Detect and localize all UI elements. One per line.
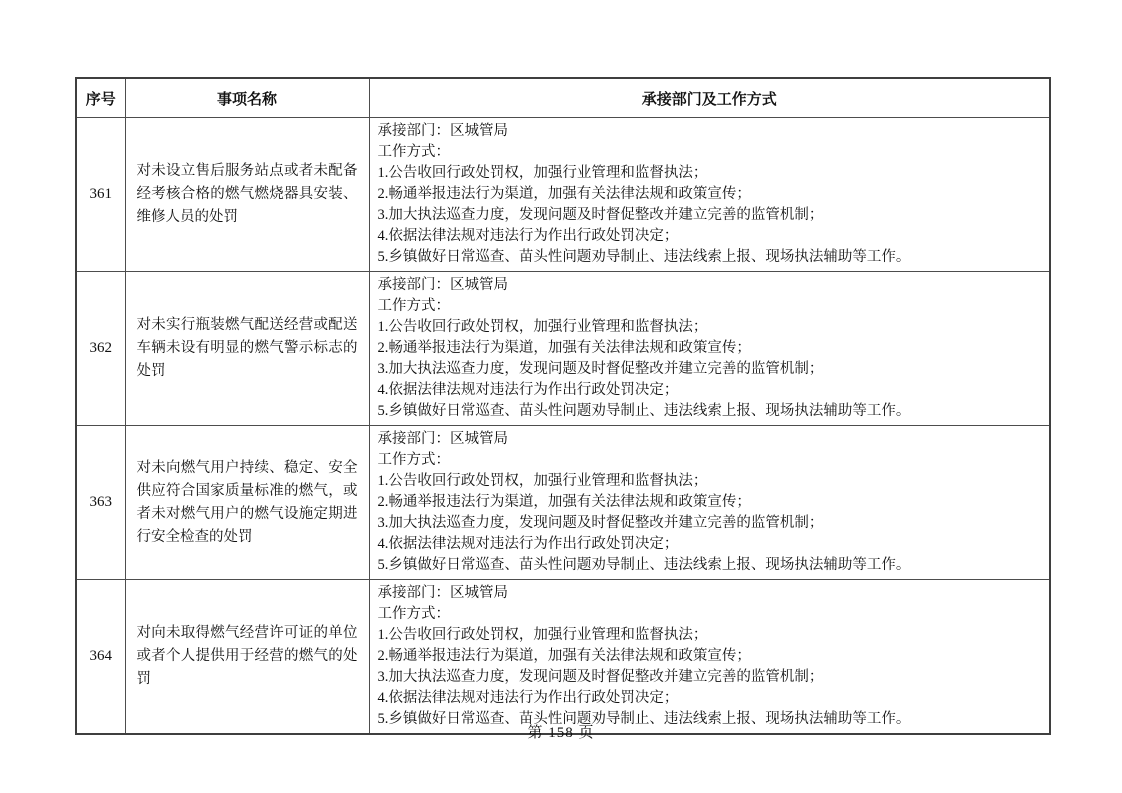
method-item: 3.加大执法巡查力度，发现问题及时督促整改并建立完善的监管机制；: [378, 205, 1042, 226]
method-item: 2.畅通举报违法行为渠道，加强有关法律法规和政策宣传；: [378, 646, 1042, 667]
department-line: 承接部门：区城管局: [378, 121, 1042, 142]
method-item: 1.公告收回行政处罚权，加强行业管理和监督执法；: [378, 625, 1042, 646]
document-page: 序号 事项名称 承接部门及工作方式 361 对未设立售后服务站点或者未配备经考核…: [0, 0, 1122, 793]
page-number: 第 158 页: [0, 721, 1122, 742]
method-item: 5.乡镇做好日常巡查、苗头性问题劝导制止、违法线索上报、现场执法辅助等工作。: [378, 555, 1042, 576]
table-row: 364 对向未取得燃气经营许可证的单位或者个人提供用于经营的燃气的处罚 承接部门…: [76, 580, 1050, 735]
serial-number: 361: [76, 118, 125, 272]
method-item: 5.乡镇做好日常巡查、苗头性问题劝导制止、违法线索上报、现场执法辅助等工作。: [378, 401, 1042, 422]
table-row: 361 对未设立售后服务站点或者未配备经考核合格的燃气燃烧器具安装、维修人员的处…: [76, 118, 1050, 272]
method-item: 4.依据法律法规对违法行为作出行政处罚决定；: [378, 380, 1042, 401]
method-label-line: 工作方式：: [378, 296, 1042, 317]
items-table: 序号 事项名称 承接部门及工作方式 361 对未设立售后服务站点或者未配备经考核…: [75, 77, 1051, 735]
method-item: 4.依据法律法规对违法行为作出行政处罚决定；: [378, 534, 1042, 555]
table-row: 363 对未向燃气用户持续、稳定、安全供应符合国家质量标准的燃气，或者未对燃气用…: [76, 426, 1050, 580]
department-method-cell: 承接部门：区城管局 工作方式： 1.公告收回行政处罚权，加强行业管理和监督执法；…: [369, 426, 1050, 580]
column-header-item-name: 事项名称: [125, 78, 369, 118]
method-item: 2.畅通举报违法行为渠道，加强有关法律法规和政策宣传；: [378, 492, 1042, 513]
item-name: 对未向燃气用户持续、稳定、安全供应符合国家质量标准的燃气，或者未对燃气用户的燃气…: [125, 426, 369, 580]
item-name: 对未设立售后服务站点或者未配备经考核合格的燃气燃烧器具安装、维修人员的处罚: [125, 118, 369, 272]
method-item: 3.加大执法巡查力度，发现问题及时督促整改并建立完善的监管机制；: [378, 513, 1042, 534]
department-method-cell: 承接部门：区城管局 工作方式： 1.公告收回行政处罚权，加强行业管理和监督执法；…: [369, 118, 1050, 272]
department-line: 承接部门：区城管局: [378, 429, 1042, 450]
method-label-line: 工作方式：: [378, 450, 1042, 471]
table-row: 362 对未实行瓶装燃气配送经营或配送车辆未设有明显的燃气警示标志的处罚 承接部…: [76, 272, 1050, 426]
item-name: 对向未取得燃气经营许可证的单位或者个人提供用于经营的燃气的处罚: [125, 580, 369, 735]
method-item: 4.依据法律法规对违法行为作出行政处罚决定；: [378, 226, 1042, 247]
method-item: 1.公告收回行政处罚权，加强行业管理和监督执法；: [378, 471, 1042, 492]
serial-number: 362: [76, 272, 125, 426]
department-line: 承接部门：区城管局: [378, 275, 1042, 296]
column-header-department-method: 承接部门及工作方式: [369, 78, 1050, 118]
method-label-line: 工作方式：: [378, 604, 1042, 625]
department-method-cell: 承接部门：区城管局 工作方式： 1.公告收回行政处罚权，加强行业管理和监督执法；…: [369, 580, 1050, 735]
method-item: 1.公告收回行政处罚权，加强行业管理和监督执法；: [378, 317, 1042, 338]
method-item: 3.加大执法巡查力度，发现问题及时督促整改并建立完善的监管机制；: [378, 667, 1042, 688]
item-name: 对未实行瓶装燃气配送经营或配送车辆未设有明显的燃气警示标志的处罚: [125, 272, 369, 426]
column-header-serial: 序号: [76, 78, 125, 118]
method-item: 5.乡镇做好日常巡查、苗头性问题劝导制止、违法线索上报、现场执法辅助等工作。: [378, 247, 1042, 268]
method-item: 1.公告收回行政处罚权，加强行业管理和监督执法；: [378, 163, 1042, 184]
method-item: 2.畅通举报违法行为渠道，加强有关法律法规和政策宣传；: [378, 184, 1042, 205]
department-method-cell: 承接部门：区城管局 工作方式： 1.公告收回行政处罚权，加强行业管理和监督执法；…: [369, 272, 1050, 426]
serial-number: 363: [76, 426, 125, 580]
serial-number: 364: [76, 580, 125, 735]
table-header-row: 序号 事项名称 承接部门及工作方式: [76, 78, 1050, 118]
method-item: 3.加大执法巡查力度，发现问题及时督促整改并建立完善的监管机制；: [378, 359, 1042, 380]
method-item: 2.畅通举报违法行为渠道，加强有关法律法规和政策宣传；: [378, 338, 1042, 359]
method-label-line: 工作方式：: [378, 142, 1042, 163]
method-item: 4.依据法律法规对违法行为作出行政处罚决定；: [378, 688, 1042, 709]
department-line: 承接部门：区城管局: [378, 583, 1042, 604]
